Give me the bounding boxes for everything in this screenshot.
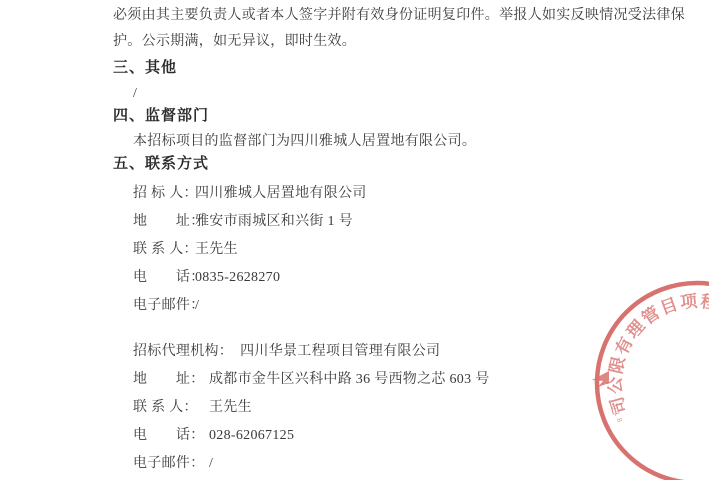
- document-page: 必须由其主要负责人或者本人签字并附有效身份证明复印件。举报人如实反映情况受法律保…: [0, 0, 709, 480]
- agency-row: 联 系 人： 王先生: [133, 400, 252, 416]
- tenderer-phone: 0835-2628270: [195, 270, 280, 286]
- svg-text:理: 理: [623, 316, 649, 342]
- agency-name: 四川华景工程项目管理有限公司: [240, 344, 440, 360]
- tenderer-row: 电 话： 0835-2628270: [133, 270, 280, 286]
- agency-contact-person: 王先生: [209, 400, 252, 416]
- section-supervision-content: 本招标项目的监督部门为四川雅城人居置地有限公司。: [133, 134, 476, 150]
- agency-row: 电 话： 028-62067125: [133, 428, 294, 444]
- svg-text:限: 限: [606, 355, 628, 376]
- tenderer-address: 雅安市雨城区和兴街 1 号: [195, 214, 353, 230]
- tenderer-row: 招 标 人： 四川雅城人居置地有限公司: [133, 186, 367, 202]
- svg-text:项: 项: [679, 292, 699, 313]
- field-label: 联 系 人：: [133, 400, 209, 416]
- field-label: 联 系 人：: [133, 242, 195, 258]
- agency-email: /: [209, 456, 213, 472]
- seal-ring-text: 四川华景工程项目管理有限公司: [606, 291, 709, 416]
- field-label: 电子邮件：: [133, 456, 209, 472]
- seal-serial-number: 0 1 8: [610, 404, 624, 423]
- field-label: 电子邮件：: [133, 298, 195, 314]
- svg-text:有: 有: [611, 334, 637, 358]
- tenderer-row: 电子邮件： /: [133, 298, 199, 314]
- section-heading-contact: 五、联系方式: [113, 156, 209, 172]
- agency-row: 电子邮件： /: [133, 456, 213, 472]
- field-label: 地 址：: [133, 372, 209, 388]
- agency-row: 招标代理机构： 四川华景工程项目管理有限公司: [133, 344, 440, 360]
- svg-text:司: 司: [607, 395, 630, 417]
- agency-address: 成都市金牛区兴科中路 36 号西物之芯 603 号: [209, 372, 490, 388]
- section-heading-supervision: 四、监督部门: [113, 108, 209, 124]
- svg-text:管: 管: [638, 302, 663, 328]
- svg-text:目: 目: [658, 295, 680, 319]
- company-seal-stamp: 四川华景工程项目管理有限公司 0 1 8: [0, 0, 709, 480]
- section-other-content: /: [133, 86, 137, 102]
- field-label: 电 话：: [133, 270, 195, 286]
- field-label: 电 话：: [133, 428, 209, 444]
- tenderer-email: /: [195, 298, 199, 314]
- stamp-star-tip: [592, 371, 609, 387]
- svg-text:公: 公: [606, 377, 625, 395]
- tenderer-row: 联 系 人： 王先生: [133, 242, 238, 258]
- section-heading-other: 三、其他: [113, 60, 177, 76]
- agency-row: 地 址： 成都市金牛区兴科中路 36 号西物之芯 603 号: [133, 372, 490, 388]
- intro-line-1: 必须由其主要负责人或者本人签字并附有效身份证明复印件。举报人如实反映情况受法律保: [113, 8, 685, 24]
- field-label: 招标代理机构：: [133, 344, 233, 360]
- tenderer-name: 四川雅城人居置地有限公司: [195, 186, 367, 202]
- tenderer-contact-person: 王先生: [195, 242, 238, 258]
- intro-line-2: 护。公示期满，如无异议，即时生效。: [113, 34, 356, 50]
- svg-text:程: 程: [699, 291, 709, 313]
- seal-outline: [597, 283, 709, 480]
- agency-phone: 028-62067125: [209, 428, 294, 444]
- tenderer-row: 地 址： 雅安市雨城区和兴街 1 号: [133, 214, 353, 230]
- field-label: 地 址：: [133, 214, 195, 230]
- field-label: 招 标 人：: [133, 186, 195, 202]
